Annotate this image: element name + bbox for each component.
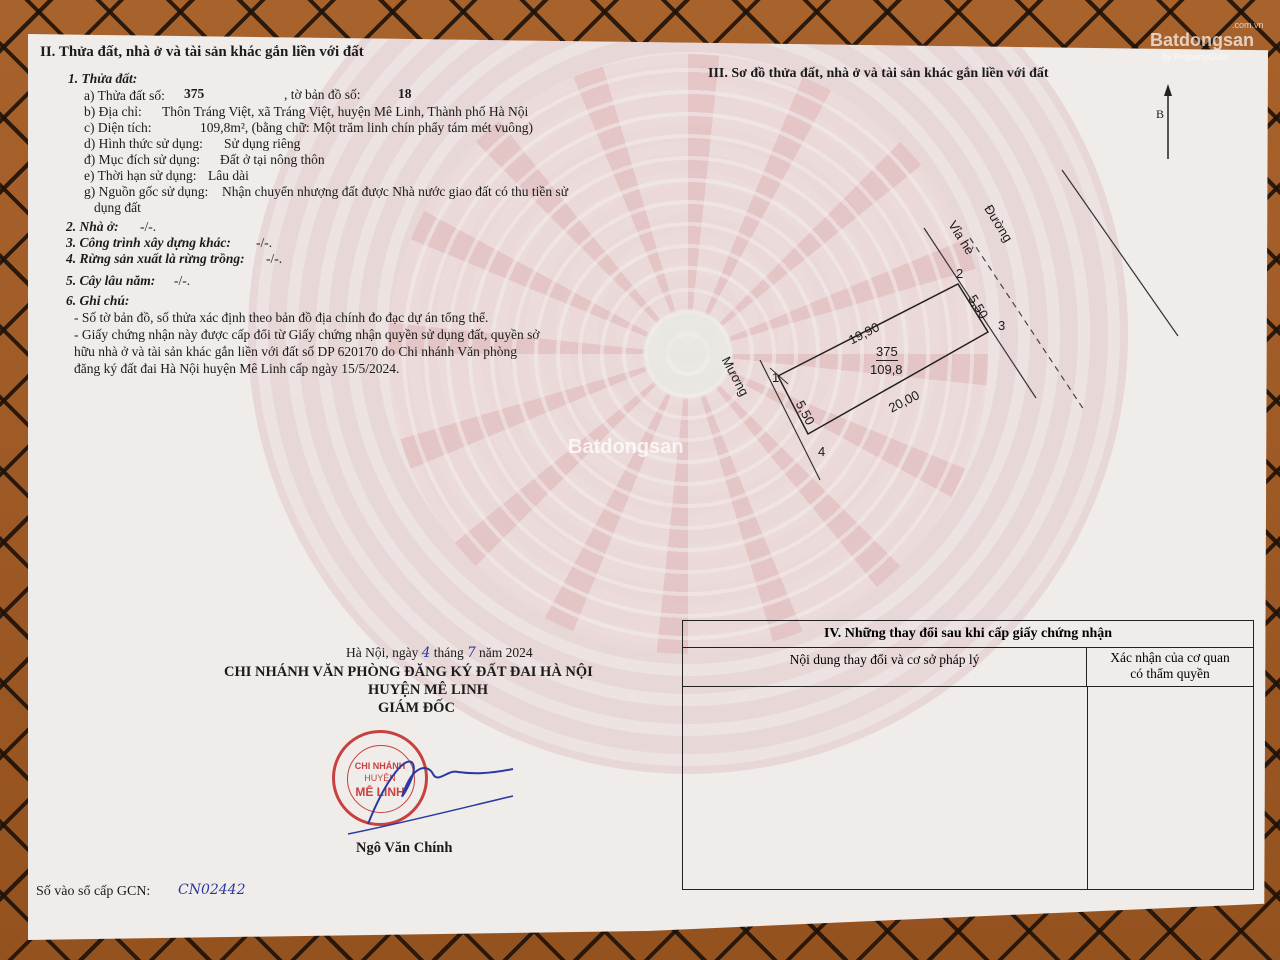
col-authority-confirmation: Xác nhận của cơ quan có thẩm quyền [1087,648,1253,686]
watermark-tagline: by PropertyGuru [1162,52,1228,62]
vertex-3: 3 [998,318,1005,334]
north-label: B [1156,106,1164,122]
watermark-center: Batdongsan [568,436,684,459]
changes-table-body [683,687,1253,889]
parcel-area-label: 109,8 [870,362,903,378]
col-change-content: Nội dung thay đổi và cơ sở pháp lý [683,648,1087,686]
changes-table-header: Nội dung thay đổi và cơ sở pháp lý Xác n… [683,648,1253,687]
vertex-4: 4 [818,444,825,460]
section-iv-title: IV. Những thay đổi sau khi cấp giấy chứn… [683,621,1253,648]
watermark-corner: Batdongsan [1150,30,1254,51]
watermark-suffix: .com.vn [1232,20,1264,30]
vertex-1: 1 [772,370,779,386]
vertex-2: 2 [956,266,963,282]
parcel-number-label: 375 [876,344,898,361]
changes-table: IV. Những thay đổi sau khi cấp giấy chứn… [682,620,1254,890]
certificate-page: II. Thửa đất, nhà ở và tài sản khác gắn … [28,34,1268,940]
change-content-cell [683,687,1088,889]
